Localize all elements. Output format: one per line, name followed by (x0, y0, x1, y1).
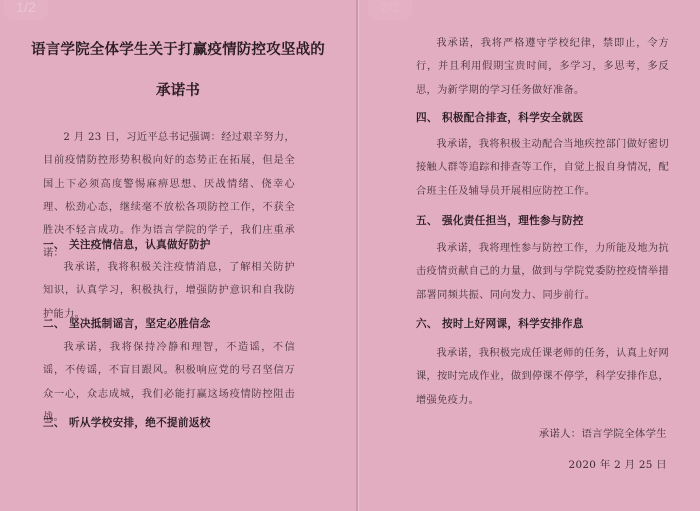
section-title: 强化责任担当，理性参与防控 (442, 215, 584, 227)
section-title: 积极配合排查，科学安全就医 (442, 112, 584, 124)
section-heading-5: 五、 强化责任担当，理性参与防控 (416, 213, 584, 228)
section-number: 四、 (416, 110, 438, 125)
section-number: 五、 (416, 213, 438, 228)
section-number: 三、 (43, 415, 65, 430)
document-subtitle: 承诺书 (0, 79, 356, 100)
section-number: 六、 (416, 316, 438, 331)
section-title: 坚决抵制谣言，坚定必胜信念 (69, 318, 211, 330)
document-spread: 1/2 语言学院全体学生关于打赢疫情防控攻坚战的 承诺书 2 月 23 日，习近… (0, 0, 700, 511)
section-body-4: 我承诺，我将积极主动配合当地疾控部门做好密切接触人群等追踪和排查等工作，自觉上报… (416, 133, 669, 203)
page-indicator: 2/2 (368, 0, 412, 20)
section-title: 按时上好网课，科学安排作息 (442, 318, 584, 330)
section-heading-1: 一、 关注疫情信息，认真做好防护 (43, 237, 211, 252)
document-title: 语言学院全体学生关于打赢疫情防控攻坚战的 (0, 38, 356, 59)
section-body-3: 我承诺，我将严格遵守学校纪律，禁即止，令方行，并且利用假期宝贵时间，多学习，多思… (416, 32, 669, 102)
section-body-5: 我承诺，我将理性参与防控工作，力所能及地为抗击疫情贡献自己的力量，做到与学院党委… (416, 237, 669, 307)
section-heading-4: 四、 积极配合排查，科学安全就医 (416, 110, 584, 125)
section-title: 听从学校安排，绝不提前返校 (69, 417, 211, 429)
section-heading-2: 二、 坚决抵制谣言，坚定必胜信念 (43, 316, 211, 331)
section-number: 二、 (43, 316, 65, 331)
page-1: 1/2 语言学院全体学生关于打赢疫情防控攻坚战的 承诺书 2 月 23 日，习近… (0, 0, 356, 511)
section-heading-6: 六、 按时上好网课，科学安排作息 (416, 316, 584, 331)
signatory: 承诺人：语言学院全体学生 (539, 425, 667, 440)
section-number: 一、 (43, 237, 65, 252)
section-heading-3: 三、 听从学校安排，绝不提前返校 (43, 415, 211, 430)
page-indicator: 1/2 (4, 0, 48, 20)
section-title: 关注疫情信息，认真做好防护 (69, 239, 211, 251)
page-2: 2/2 我承诺，我将严格遵守学校纪律，禁即止，令方行，并且利用假期宝贵时间，多学… (356, 0, 700, 511)
section-body-6: 我承诺，我积极完成任课老师的任务，认真上好网课，按时完成作业，做到停课不停学，科… (416, 342, 669, 412)
page-divider (356, 0, 358, 511)
signature-date: 2020 年 2 月 25 日 (569, 456, 667, 471)
